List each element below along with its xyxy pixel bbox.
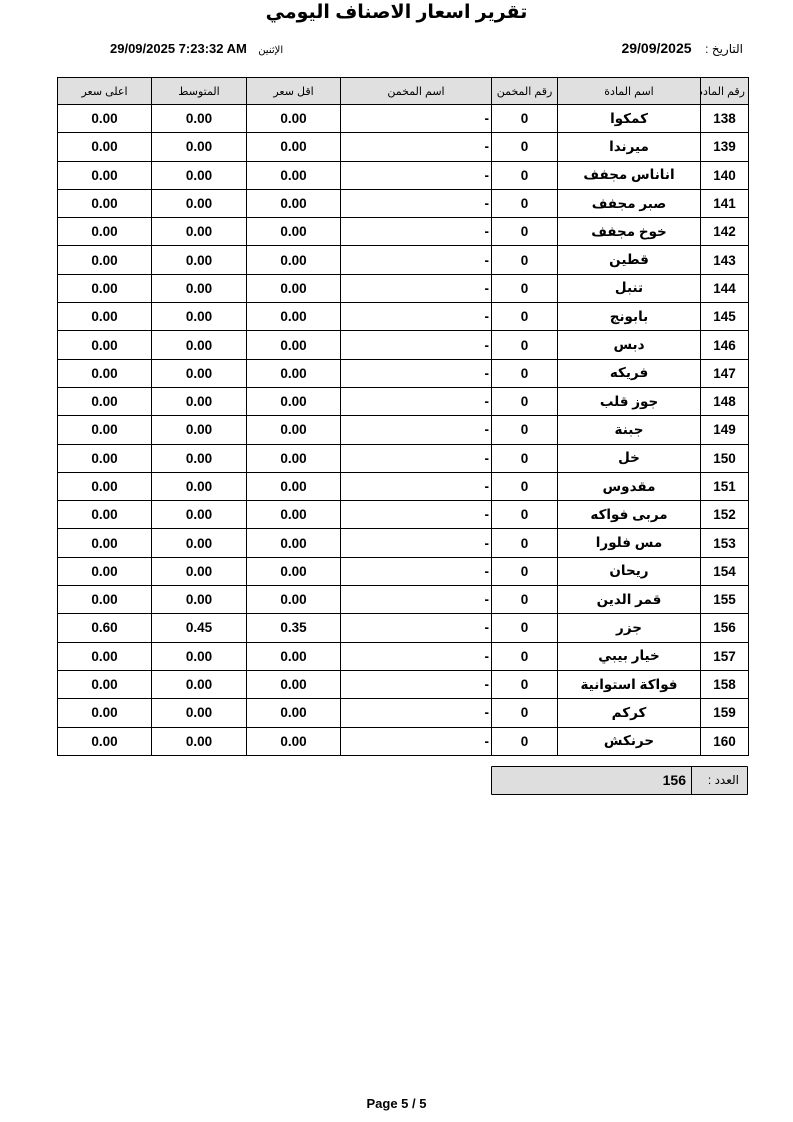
appraiser-no-cell: 0 bbox=[492, 699, 558, 727]
table-row: 138كمكوا0-0.000.000.00 bbox=[58, 105, 749, 133]
avg-price-cell: 0.00 bbox=[152, 331, 247, 359]
appraiser-name-cell: - bbox=[341, 727, 492, 755]
appraiser-no-cell: 0 bbox=[492, 642, 558, 670]
appraiser-name-cell: - bbox=[341, 189, 492, 217]
appraiser-name-cell: - bbox=[341, 586, 492, 614]
item-no-cell: 154 bbox=[701, 557, 749, 585]
item-name-cell: مربى فواكه bbox=[558, 501, 701, 529]
appraiser-name-text: - bbox=[485, 479, 490, 494]
item-no-cell: 160 bbox=[701, 727, 749, 755]
appraiser-name-text: - bbox=[485, 705, 490, 720]
item-no-cell: 141 bbox=[701, 189, 749, 217]
table-row: 140اناناس مجفف0-0.000.000.00 bbox=[58, 161, 749, 189]
appraiser-name-text: - bbox=[485, 196, 490, 211]
item-name-cell: خل bbox=[558, 444, 701, 472]
min-price-cell: 0.00 bbox=[247, 161, 341, 189]
appraiser-no-cell: 0 bbox=[492, 218, 558, 246]
appraiser-name-cell: - bbox=[341, 387, 492, 415]
max-price-cell: 0.00 bbox=[58, 218, 152, 246]
min-price-cell: 0.35 bbox=[247, 614, 341, 642]
table-row: 150خل0-0.000.000.00 bbox=[58, 444, 749, 472]
min-price-cell: 0.00 bbox=[247, 699, 341, 727]
table-row: 141صبر مجفف0-0.000.000.00 bbox=[58, 189, 749, 217]
item-name-cell: ميرندا bbox=[558, 133, 701, 161]
item-no-cell: 147 bbox=[701, 359, 749, 387]
item-no-cell: 146 bbox=[701, 331, 749, 359]
print-datetime: 29/09/2025 7:23:32 AM bbox=[110, 41, 247, 56]
item-name-cell: مس فلورا bbox=[558, 529, 701, 557]
max-price-cell: 0.00 bbox=[58, 699, 152, 727]
avg-price-cell: 0.00 bbox=[152, 670, 247, 698]
col-header-avg-price: المتوسط bbox=[152, 78, 247, 105]
avg-price-cell: 0.00 bbox=[152, 444, 247, 472]
avg-price-cell: 0.00 bbox=[152, 416, 247, 444]
appraiser-no-cell: 0 bbox=[492, 387, 558, 415]
appraiser-name-text: - bbox=[485, 111, 490, 126]
appraiser-name-cell: - bbox=[341, 359, 492, 387]
appraiser-no-cell: 0 bbox=[492, 359, 558, 387]
report-date: التاريخ : 29/09/2025 bbox=[621, 40, 743, 56]
table-row: 152مربى فواكه0-0.000.000.00 bbox=[58, 501, 749, 529]
min-price-cell: 0.00 bbox=[247, 472, 341, 500]
appraiser-no-cell: 0 bbox=[492, 161, 558, 189]
appraiser-name-cell: - bbox=[341, 416, 492, 444]
avg-price-cell: 0.00 bbox=[152, 472, 247, 500]
appraiser-no-cell: 0 bbox=[492, 727, 558, 755]
min-price-cell: 0.00 bbox=[247, 444, 341, 472]
max-price-cell: 0.00 bbox=[58, 586, 152, 614]
appraiser-no-cell: 0 bbox=[492, 444, 558, 472]
appraiser-no-cell: 0 bbox=[492, 586, 558, 614]
item-name-cell: بابونج bbox=[558, 303, 701, 331]
appraiser-no-cell: 0 bbox=[492, 189, 558, 217]
appraiser-name-text: - bbox=[485, 366, 490, 381]
max-price-cell: 0.00 bbox=[58, 303, 152, 331]
table-row: 157خيار بيبي0-0.000.000.00 bbox=[58, 642, 749, 670]
max-price-cell: 0.00 bbox=[58, 642, 152, 670]
item-no-cell: 140 bbox=[701, 161, 749, 189]
appraiser-no-cell: 0 bbox=[492, 133, 558, 161]
table-row: 156جزر0-0.350.450.60 bbox=[58, 614, 749, 642]
col-header-item-no: رقم المادة bbox=[701, 78, 749, 105]
item-name-cell: كمكوا bbox=[558, 105, 701, 133]
min-price-cell: 0.00 bbox=[247, 303, 341, 331]
avg-price-cell: 0.00 bbox=[152, 133, 247, 161]
max-price-cell: 0.00 bbox=[58, 331, 152, 359]
appraiser-no-cell: 0 bbox=[492, 246, 558, 274]
max-price-cell: 0.00 bbox=[58, 189, 152, 217]
max-price-cell: 0.00 bbox=[58, 727, 152, 755]
appraiser-no-cell: 0 bbox=[492, 557, 558, 585]
item-no-cell: 138 bbox=[701, 105, 749, 133]
print-timestamp: 29/09/2025 7:23:32 AM الإثنين bbox=[110, 41, 283, 56]
appraiser-name-cell: - bbox=[341, 218, 492, 246]
table-row: 143قطين0-0.000.000.00 bbox=[58, 246, 749, 274]
item-name-cell: حرنكش bbox=[558, 727, 701, 755]
max-price-cell: 0.60 bbox=[58, 614, 152, 642]
avg-price-cell: 0.00 bbox=[152, 642, 247, 670]
max-price-cell: 0.00 bbox=[58, 529, 152, 557]
appraiser-no-cell: 0 bbox=[492, 303, 558, 331]
item-no-cell: 149 bbox=[701, 416, 749, 444]
report-title: تقرير اسعار الاصناف اليومي bbox=[0, 0, 793, 26]
item-no-cell: 155 bbox=[701, 586, 749, 614]
min-price-cell: 0.00 bbox=[247, 501, 341, 529]
min-price-cell: 0.00 bbox=[247, 416, 341, 444]
table-row: 158فواكة استوانية0-0.000.000.00 bbox=[58, 670, 749, 698]
max-price-cell: 0.00 bbox=[58, 670, 152, 698]
item-no-cell: 156 bbox=[701, 614, 749, 642]
min-price-cell: 0.00 bbox=[247, 218, 341, 246]
appraiser-name-text: - bbox=[485, 620, 490, 635]
table-row: 160حرنكش0-0.000.000.00 bbox=[58, 727, 749, 755]
count-label: العدد : bbox=[691, 767, 747, 794]
item-name-cell: جوز قلب bbox=[558, 387, 701, 415]
item-no-cell: 150 bbox=[701, 444, 749, 472]
min-price-cell: 0.00 bbox=[247, 727, 341, 755]
avg-price-cell: 0.00 bbox=[152, 274, 247, 302]
item-no-cell: 139 bbox=[701, 133, 749, 161]
min-price-cell: 0.00 bbox=[247, 586, 341, 614]
appraiser-name-text: - bbox=[485, 451, 490, 466]
appraiser-name-cell: - bbox=[341, 529, 492, 557]
appraiser-name-text: - bbox=[485, 224, 490, 239]
item-no-cell: 152 bbox=[701, 501, 749, 529]
appraiser-name-cell: - bbox=[341, 472, 492, 500]
appraiser-name-cell: - bbox=[341, 246, 492, 274]
page-number: Page 5 / 5 bbox=[0, 1096, 793, 1111]
table-row: 144تنبل0-0.000.000.00 bbox=[58, 274, 749, 302]
item-name-cell: مقدوس bbox=[558, 472, 701, 500]
max-price-cell: 0.00 bbox=[58, 557, 152, 585]
date-value: 29/09/2025 bbox=[621, 40, 691, 56]
appraiser-name-text: - bbox=[485, 677, 490, 692]
table-row: 153مس فلورا0-0.000.000.00 bbox=[58, 529, 749, 557]
count-value: 156 bbox=[492, 767, 691, 794]
max-price-cell: 0.00 bbox=[58, 472, 152, 500]
avg-price-cell: 0.00 bbox=[152, 161, 247, 189]
min-price-cell: 0.00 bbox=[247, 557, 341, 585]
date-label: التاريخ : bbox=[705, 42, 743, 56]
max-price-cell: 0.00 bbox=[58, 274, 152, 302]
max-price-cell: 0.00 bbox=[58, 161, 152, 189]
item-no-cell: 157 bbox=[701, 642, 749, 670]
avg-price-cell: 0.00 bbox=[152, 303, 247, 331]
col-header-appraiser-no: رقم المخمن bbox=[492, 78, 558, 105]
table-row: 146دبس0-0.000.000.00 bbox=[58, 331, 749, 359]
min-price-cell: 0.00 bbox=[247, 274, 341, 302]
item-name-cell: ريحان bbox=[558, 557, 701, 585]
item-name-cell: كركم bbox=[558, 699, 701, 727]
col-header-appraiser-name: اسم المخمن bbox=[341, 78, 492, 105]
item-no-cell: 151 bbox=[701, 472, 749, 500]
appraiser-name-cell: - bbox=[341, 642, 492, 670]
min-price-cell: 0.00 bbox=[247, 246, 341, 274]
avg-price-cell: 0.00 bbox=[152, 218, 247, 246]
item-name-cell: دبس bbox=[558, 331, 701, 359]
item-name-cell: خوخ مجفف bbox=[558, 218, 701, 246]
appraiser-name-text: - bbox=[485, 168, 490, 183]
table-row: 139ميرندا0-0.000.000.00 bbox=[58, 133, 749, 161]
appraiser-name-text: - bbox=[485, 422, 490, 437]
appraiser-name-text: - bbox=[485, 564, 490, 579]
item-no-cell: 143 bbox=[701, 246, 749, 274]
appraiser-name-cell: - bbox=[341, 274, 492, 302]
max-price-cell: 0.00 bbox=[58, 444, 152, 472]
print-day: الإثنين bbox=[258, 45, 283, 56]
appraiser-name-text: - bbox=[485, 507, 490, 522]
item-name-cell: صبر مجفف bbox=[558, 189, 701, 217]
table-row: 142خوخ مجفف0-0.000.000.00 bbox=[58, 218, 749, 246]
item-no-cell: 144 bbox=[701, 274, 749, 302]
avg-price-cell: 0.00 bbox=[152, 586, 247, 614]
max-price-cell: 0.00 bbox=[58, 246, 152, 274]
appraiser-name-text: - bbox=[485, 536, 490, 551]
max-price-cell: 0.00 bbox=[58, 416, 152, 444]
appraiser-name-cell: - bbox=[341, 557, 492, 585]
appraiser-name-text: - bbox=[485, 338, 490, 353]
avg-price-cell: 0.00 bbox=[152, 387, 247, 415]
min-price-cell: 0.00 bbox=[247, 387, 341, 415]
min-price-cell: 0.00 bbox=[247, 133, 341, 161]
table-row: 151مقدوس0-0.000.000.00 bbox=[58, 472, 749, 500]
item-name-cell: جبنة bbox=[558, 416, 701, 444]
col-header-item-name: اسم المادة bbox=[558, 78, 701, 105]
avg-price-cell: 0.00 bbox=[152, 189, 247, 217]
appraiser-name-text: - bbox=[485, 592, 490, 607]
table-row: 154ريحان0-0.000.000.00 bbox=[58, 557, 749, 585]
appraiser-name-text: - bbox=[485, 649, 490, 664]
item-name-cell: فريكه bbox=[558, 359, 701, 387]
min-price-cell: 0.00 bbox=[247, 189, 341, 217]
table-row: 145بابونج0-0.000.000.00 bbox=[58, 303, 749, 331]
appraiser-name-cell: - bbox=[341, 444, 492, 472]
item-name-cell: قطين bbox=[558, 246, 701, 274]
item-no-cell: 142 bbox=[701, 218, 749, 246]
appraiser-name-cell: - bbox=[341, 614, 492, 642]
min-price-cell: 0.00 bbox=[247, 359, 341, 387]
min-price-cell: 0.00 bbox=[247, 670, 341, 698]
avg-price-cell: 0.00 bbox=[152, 105, 247, 133]
item-name-cell: تنبل bbox=[558, 274, 701, 302]
appraiser-name-cell: - bbox=[341, 133, 492, 161]
avg-price-cell: 0.00 bbox=[152, 246, 247, 274]
appraiser-name-cell: - bbox=[341, 670, 492, 698]
item-name-cell: فواكة استوانية bbox=[558, 670, 701, 698]
appraiser-no-cell: 0 bbox=[492, 105, 558, 133]
table-row: 148جوز قلب0-0.000.000.00 bbox=[58, 387, 749, 415]
appraiser-no-cell: 0 bbox=[492, 472, 558, 500]
appraiser-name-cell: - bbox=[341, 303, 492, 331]
item-name-cell: اناناس مجفف bbox=[558, 161, 701, 189]
item-no-cell: 159 bbox=[701, 699, 749, 727]
avg-price-cell: 0.45 bbox=[152, 614, 247, 642]
item-name-cell: جزر bbox=[558, 614, 701, 642]
appraiser-no-cell: 0 bbox=[492, 274, 558, 302]
appraiser-no-cell: 0 bbox=[492, 501, 558, 529]
count-summary: العدد : 156 bbox=[491, 766, 748, 795]
table-header-row: رقم المادة اسم المادة رقم المخمن اسم الم… bbox=[58, 78, 749, 105]
item-name-cell: قمر الدين bbox=[558, 586, 701, 614]
appraiser-name-text: - bbox=[485, 253, 490, 268]
appraiser-no-cell: 0 bbox=[492, 614, 558, 642]
max-price-cell: 0.00 bbox=[58, 105, 152, 133]
appraiser-name-cell: - bbox=[341, 699, 492, 727]
item-no-cell: 145 bbox=[701, 303, 749, 331]
item-no-cell: 158 bbox=[701, 670, 749, 698]
appraiser-name-cell: - bbox=[341, 331, 492, 359]
table-row: 155قمر الدين0-0.000.000.00 bbox=[58, 586, 749, 614]
avg-price-cell: 0.00 bbox=[152, 501, 247, 529]
appraiser-name-text: - bbox=[485, 394, 490, 409]
appraiser-name-text: - bbox=[485, 139, 490, 154]
min-price-cell: 0.00 bbox=[247, 105, 341, 133]
max-price-cell: 0.00 bbox=[58, 387, 152, 415]
appraiser-name-cell: - bbox=[341, 105, 492, 133]
avg-price-cell: 0.00 bbox=[152, 699, 247, 727]
appraiser-no-cell: 0 bbox=[492, 416, 558, 444]
appraiser-name-cell: - bbox=[341, 161, 492, 189]
table-body: 138كمكوا0-0.000.000.00139ميرندا0-0.000.0… bbox=[58, 105, 749, 756]
max-price-cell: 0.00 bbox=[58, 501, 152, 529]
appraiser-name-text: - bbox=[485, 309, 490, 324]
table-row: 149جبنة0-0.000.000.00 bbox=[58, 416, 749, 444]
appraiser-no-cell: 0 bbox=[492, 529, 558, 557]
avg-price-cell: 0.00 bbox=[152, 359, 247, 387]
min-price-cell: 0.00 bbox=[247, 331, 341, 359]
col-header-min-price: اقل سعر bbox=[247, 78, 341, 105]
appraiser-no-cell: 0 bbox=[492, 670, 558, 698]
table-row: 159كركم0-0.000.000.00 bbox=[58, 699, 749, 727]
max-price-cell: 0.00 bbox=[58, 359, 152, 387]
appraiser-name-text: - bbox=[485, 734, 490, 749]
table-row: 147فريكه0-0.000.000.00 bbox=[58, 359, 749, 387]
col-header-max-price: اعلى سعر bbox=[58, 78, 152, 105]
item-no-cell: 153 bbox=[701, 529, 749, 557]
avg-price-cell: 0.00 bbox=[152, 727, 247, 755]
avg-price-cell: 0.00 bbox=[152, 557, 247, 585]
appraiser-name-cell: - bbox=[341, 501, 492, 529]
appraiser-no-cell: 0 bbox=[492, 331, 558, 359]
min-price-cell: 0.00 bbox=[247, 642, 341, 670]
appraiser-name-text: - bbox=[485, 281, 490, 296]
item-no-cell: 148 bbox=[701, 387, 749, 415]
prices-table: رقم المادة اسم المادة رقم المخمن اسم الم… bbox=[57, 77, 749, 756]
max-price-cell: 0.00 bbox=[58, 133, 152, 161]
min-price-cell: 0.00 bbox=[247, 529, 341, 557]
item-name-cell: خيار بيبي bbox=[558, 642, 701, 670]
avg-price-cell: 0.00 bbox=[152, 529, 247, 557]
